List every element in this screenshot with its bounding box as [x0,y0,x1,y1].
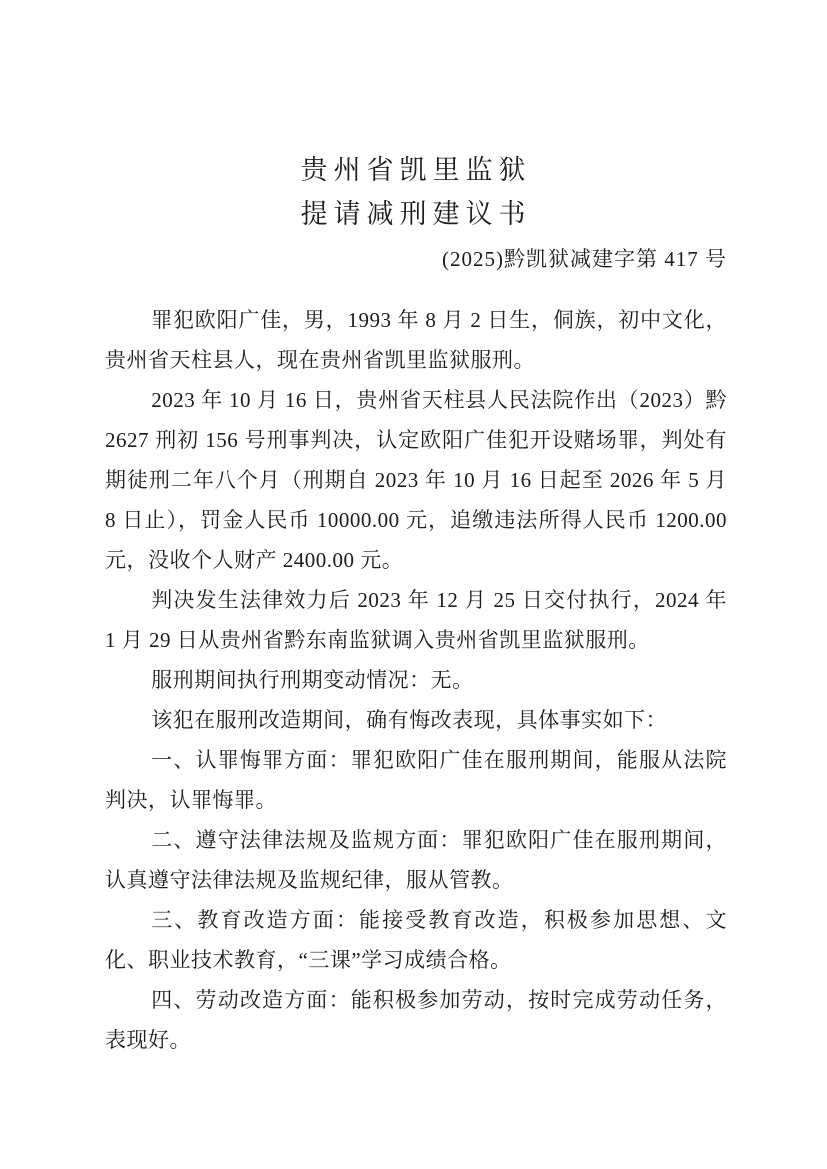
paragraph-item-1-confession: 一、认罪悔罪方面：罪犯欧阳广佳在服刑期间，能服从法院判决，认罪悔罪。 [105,740,727,820]
paragraph-item-4-labor: 四、劳动改造方面：能积极参加劳动，按时完成劳动任务，表现好。 [105,980,727,1060]
paragraph-execution: 判决发生法律效力后 2023 年 12 月 25 日交付执行，2024 年 1 … [105,580,727,660]
document-title-line1: 贵州省凯里监狱 [105,148,727,192]
document-content: 贵州省凯里监狱 提请减刑建议书 (2025)黔凯狱减建字第 417 号 罪犯欧阳… [105,148,727,1060]
document-title: 贵州省凯里监狱 提请减刑建议书 [105,148,727,236]
document-number: (2025)黔凯狱减建字第 417 号 [105,244,727,274]
paragraph-item-2-discipline: 二、遵守法律法规及监规方面：罪犯欧阳广佳在服刑期间，认真遵守法律法规及监规纪律，… [105,820,727,900]
paragraph-item-3-education: 三、教育改造方面：能接受教育改造，积极参加思想、文化、职业技术教育，“三课”学习… [105,900,727,980]
document-title-line2: 提请减刑建议书 [105,192,727,236]
document-page: 贵州省凯里监狱 提请减刑建议书 (2025)黔凯狱减建字第 417 号 罪犯欧阳… [0,0,827,1169]
paragraph-judgment: 2023 年 10 月 16 日，贵州省天柱县人民法院作出（2023）黔 262… [105,380,727,580]
paragraph-offender-info: 罪犯欧阳广佳，男，1993 年 8 月 2 日生，侗族，初中文化，贵州省天柱县人… [105,300,727,380]
document-body: 罪犯欧阳广佳，男，1993 年 8 月 2 日生，侗族，初中文化，贵州省天柱县人… [105,300,727,1060]
paragraph-term-change: 服刑期间执行刑期变动情况：无。 [105,660,727,700]
paragraph-facts-intro: 该犯在服刑改造期间，确有悔改表现，具体事实如下： [105,700,727,740]
